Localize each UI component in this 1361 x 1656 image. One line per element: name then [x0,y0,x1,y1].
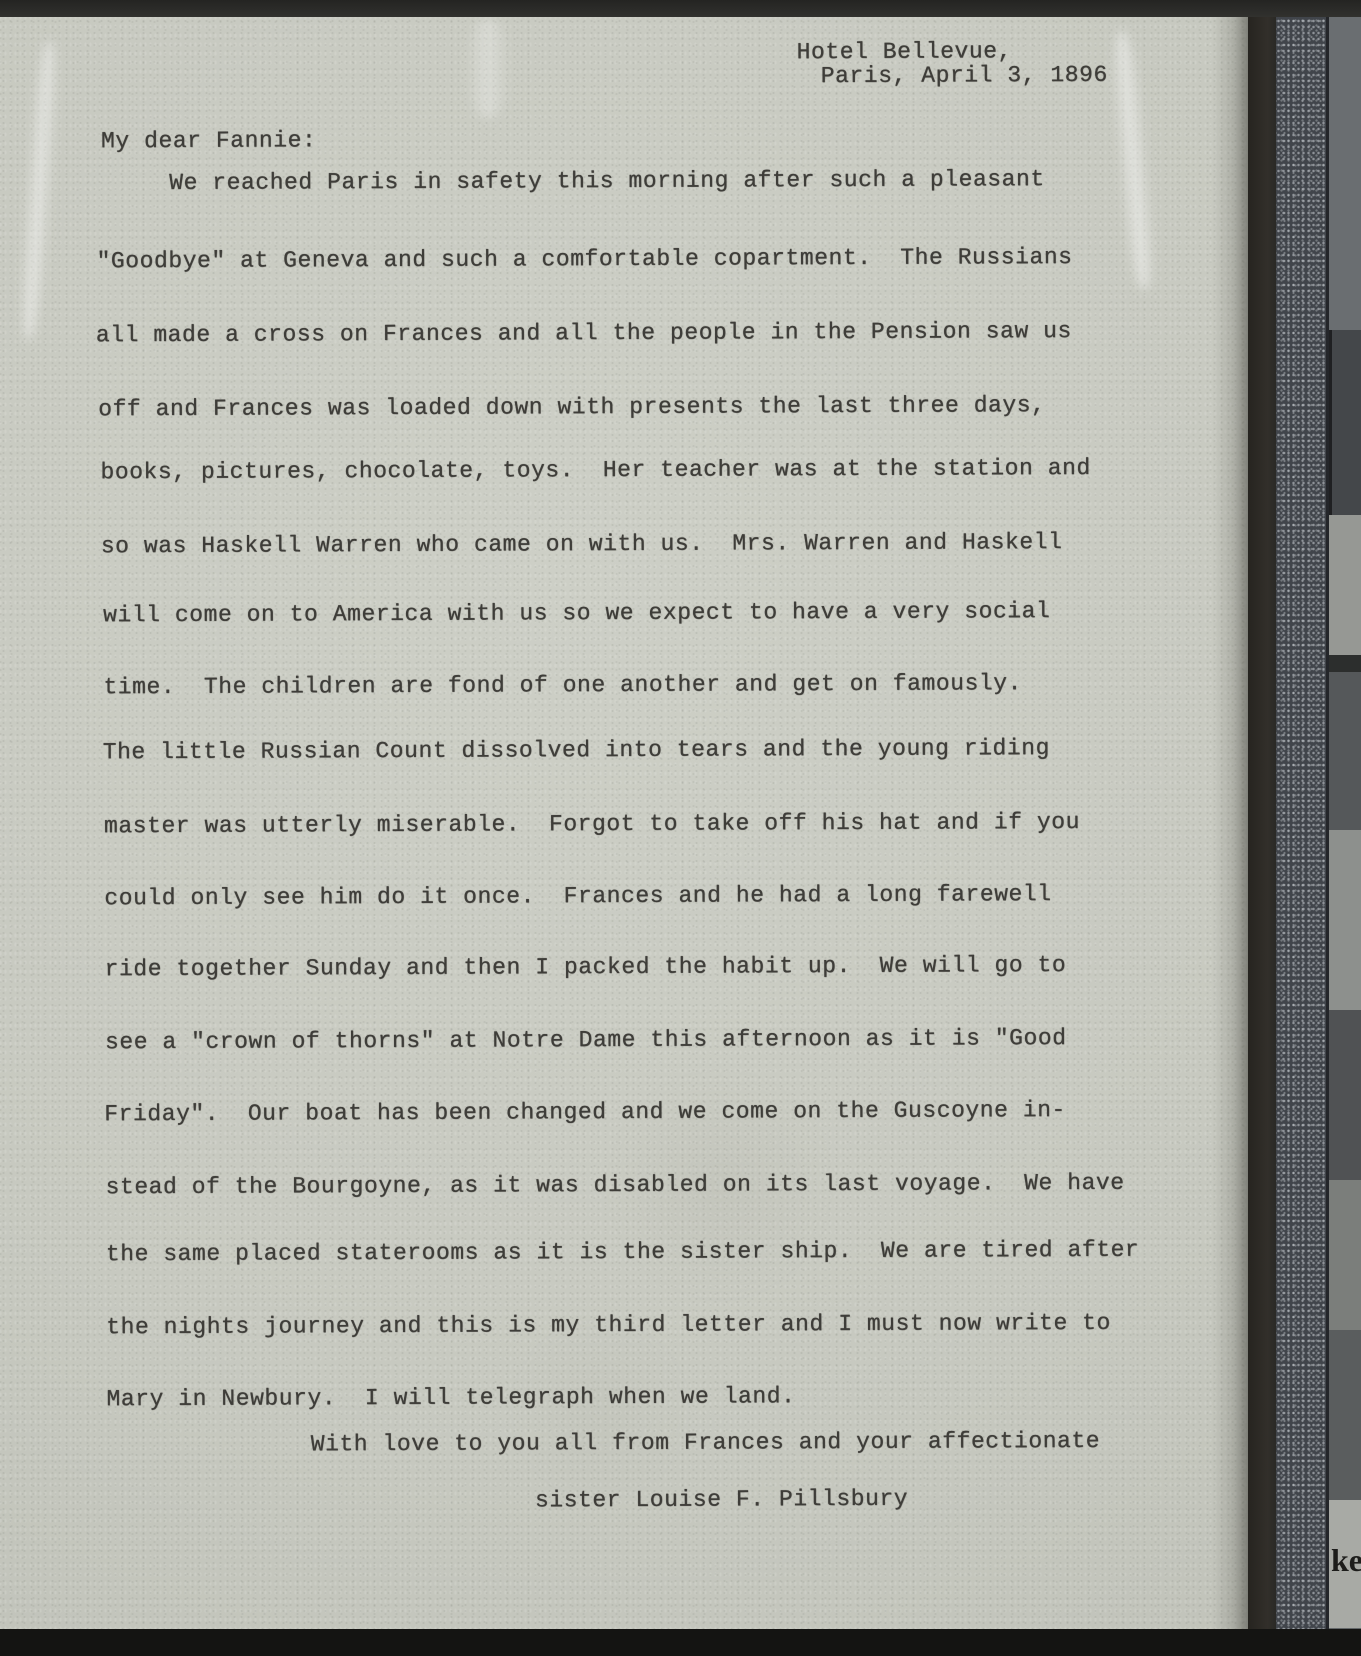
scan-top-border [0,0,1361,17]
scanned-letter-page: Hotel Bellevue, Paris, April 3, 1896 My … [0,0,1361,1656]
letter-body-line: Mary in Newbury. I will telegraph when w… [106,1383,795,1412]
letter-body-line: all made a cross on Frances and all the … [96,318,1072,348]
letter-body-line: will come on to America with us so we ex… [103,598,1050,628]
letter-heading-line2: Paris, April 3, 1896 [821,62,1108,89]
letter-body-line: could only see him do it once. Frances a… [104,881,1051,911]
letter-body-line: the same placed staterooms as it is the … [106,1237,1139,1268]
letter-body-line: so was Haskell Warren who came on with u… [101,529,1063,559]
page-edge-patch [1329,655,1361,672]
letter-body-line: books, pictures, chocolate, toys. Her te… [100,455,1090,485]
letter-body-line: "Goodbye" at Geneva and such a comfortab… [97,244,1073,274]
letter-body-line: master was utterly miserable. Forgot to … [104,809,1080,839]
book-gutter-band [1248,0,1276,1656]
book-spine-texture [1276,0,1326,1656]
page-edge-patch [1329,515,1361,655]
letter-body-line: stead of the Bourgoyne, as it was disabl… [106,1170,1125,1200]
letter-body-line: The little Russian Count dissolved into … [103,735,1050,765]
page-edge-patch [1329,0,1361,330]
letter-salutation: My dear Fannie: [101,127,316,154]
page-edge-patch [1329,1330,1361,1500]
letter-body-line: ride together Sunday and then I packed t… [105,952,1067,982]
page-edge-patch [1329,1180,1361,1330]
page-edge-patch [1329,830,1361,1010]
letter-body-line: Friday". Our boat has been changed and w… [104,1097,1066,1127]
paper-edge-shadow [1212,0,1248,1656]
page-edge-patch [1329,330,1361,515]
letter-text: Hotel Bellevue, Paris, April 3, 1896 My … [0,0,1252,1656]
page-edge-patch [1329,1010,1361,1180]
letter-heading-line1: Hotel Bellevue, [797,38,1012,65]
adjacent-page-partial-text: ke [1331,1542,1361,1579]
letter-closing-line: With love to you all from Frances and yo… [311,1428,1100,1457]
letter-paper: Hotel Bellevue, Paris, April 3, 1896 My … [0,0,1248,1656]
page-edge-patch [1329,672,1361,830]
letter-signature: sister Louise F. Pillsbury [535,1486,908,1514]
book-page-edges: ke [1329,0,1361,1656]
letter-body-line: see a "crown of thorns" at Notre Dame th… [105,1025,1067,1055]
letter-body-line: the nights journey and this is my third … [106,1310,1111,1340]
letter-body-line: We reached Paris in safety this morning … [169,166,1045,196]
letter-body-line: off and Frances was loaded down with pre… [98,392,1045,422]
letter-body-line: time. The children are fond of one anoth… [103,670,1022,700]
scan-bottom-border [0,1629,1361,1656]
